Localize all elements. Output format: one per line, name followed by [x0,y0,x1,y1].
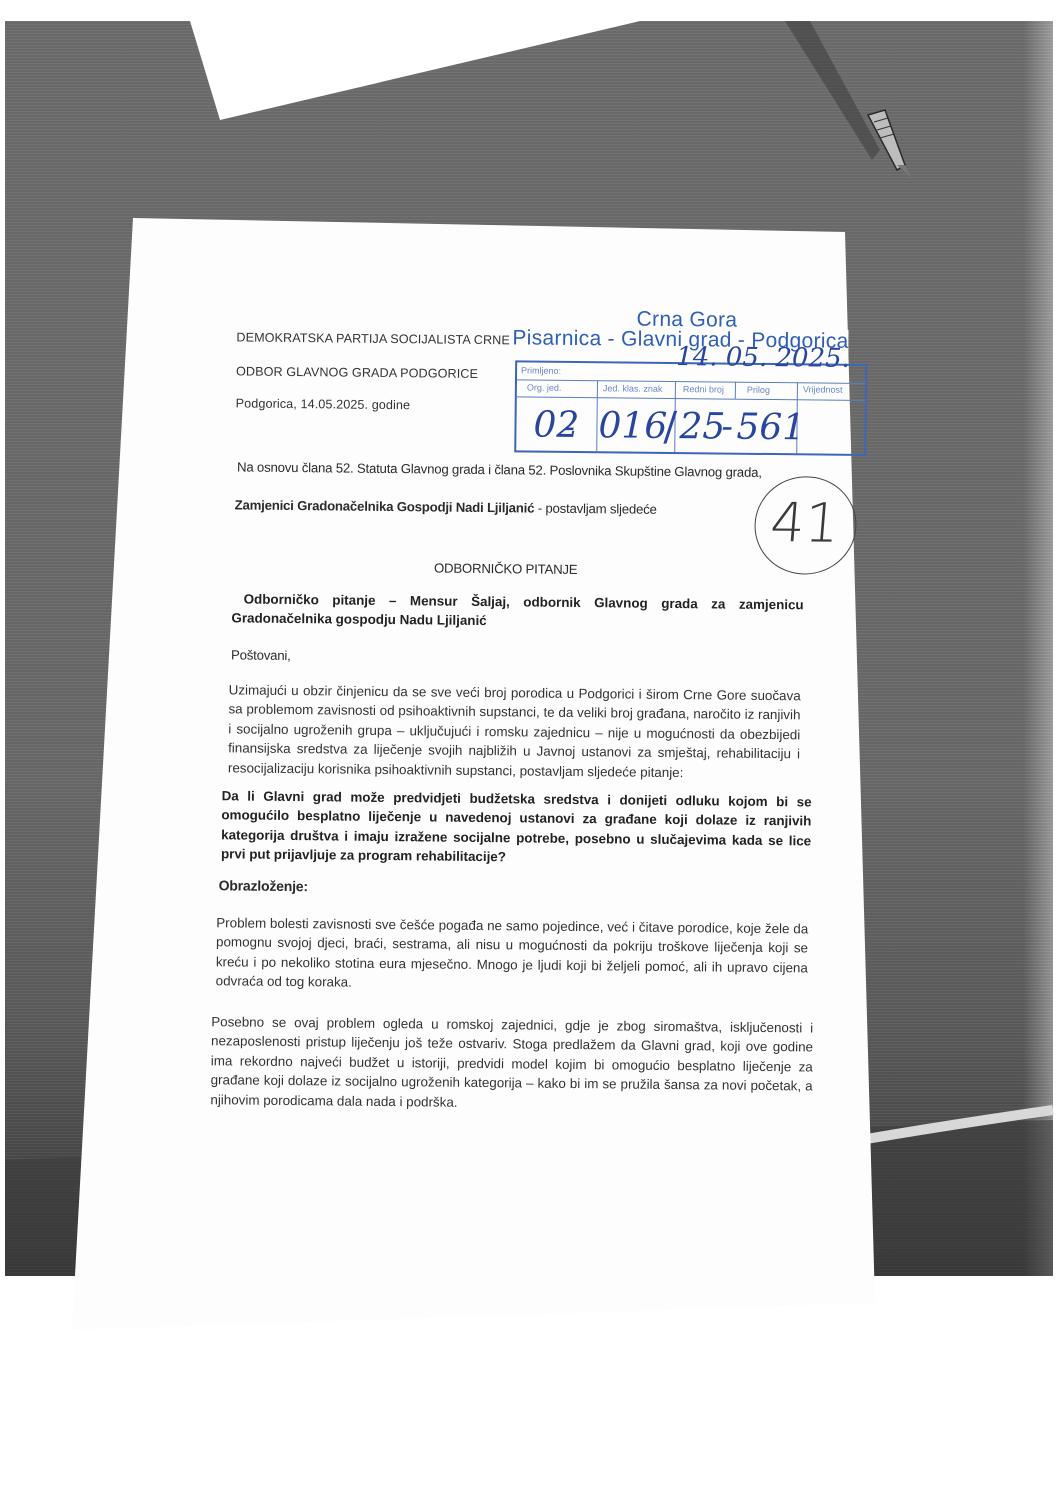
question-paragraph: Da li Glavni grad može predvidjeti budže… [221,786,812,870]
stamp-col-class: Jed. klas. znak [603,383,663,394]
stamp-attachment-value: 561 [736,407,805,449]
stamp-col-value: Vrijednost [803,384,843,394]
explanation-paragraph-1: Problem bolesti zavisnosti sve češće pog… [216,913,809,997]
addressee-name: Zamjenici Gradonačelnika Gospodji Nadi L… [235,497,535,515]
stamp-col-serial: Redni broj [683,384,724,394]
paragraph-intro: Uzimajući u obzir činjenicu da se sve ve… [228,680,801,783]
addressee-rest: - postavljam sljedeće [534,501,657,517]
addressee-line: Zamjenici Gradonačelnika Gospodji Nadi L… [235,497,657,517]
stamp-received-date: 14. 05. 2025. [676,342,850,374]
stamp-class-value: 016 [598,405,667,447]
stamp-col-attachment: Prilog [747,385,770,395]
handwritten-number: 41 [768,491,842,555]
stamp-received-label: Primljeno: [521,365,561,375]
explanation-paragraph-2: Posebno se ovaj problem ogleda u romskoj… [210,1012,813,1115]
intro-line: Na osnovu člana 52. Statuta Glavnog grad… [237,459,762,480]
greeting: Poštovani, [231,647,291,664]
party-name: DEMOKRATSKA PARTIJA SOCIJALISTA CRNE GOR… [236,329,551,348]
committee-name: ODBOR GLAVNOG GRADA PODGORICE [236,363,478,382]
stamp-col-org: Org. jed. [527,382,562,392]
document: DEMOKRATSKA PARTIJA SOCIJALISTA CRNE GOR… [0,0,1058,1497]
place-date: Podgorica, 14.05.2025. godine [236,395,411,413]
stamp-serial-value: 25 [679,406,725,447]
explanation-heading: Obrazloženje: [219,877,308,894]
document-subtitle: Odborničko pitanje – Mensur Šaljaj, odbo… [231,589,803,634]
document-title: ODBORNIČKO PITANJE [434,561,578,579]
